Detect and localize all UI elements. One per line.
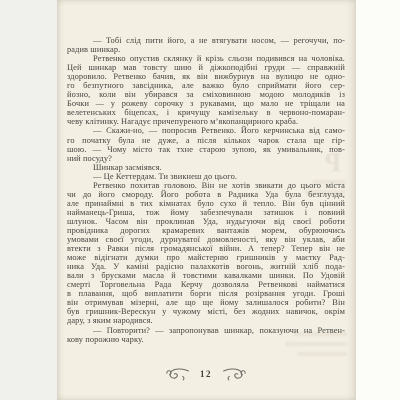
text-line: смерті Торговельна Рада Керчу дозволяла … xyxy=(67,280,345,289)
text-line: ний посуду? xyxy=(67,154,345,163)
paragraph: Шинкар засміявся. xyxy=(67,163,345,172)
text-line: дару, з яким народився. xyxy=(67,316,345,325)
paragraph: Ретвенко похитав головою. Він не хотів з… xyxy=(67,181,345,326)
text-line: був гришник-Верескун у чужому місті, без… xyxy=(67,307,345,316)
text-line: здоровило. Ретвенко бачив, як він вижбур… xyxy=(67,72,345,81)
right-page-edge xyxy=(355,0,400,400)
text-line: в плавання, щоб виплатити борги після ро… xyxy=(67,289,345,298)
text-line: го безпутного завсідника, але важко було… xyxy=(67,81,345,90)
page-footer: 12 xyxy=(57,365,355,383)
text-line: Ретвенко похитав головою. Він не хотів з… xyxy=(67,181,345,190)
text-line: умовами своєї угоди, дурнуватої домовлен… xyxy=(67,235,345,244)
text-line: Шинкар засміявся. xyxy=(67,163,345,172)
text-block: — Тобі слід пити його, а не втягувати но… xyxy=(67,36,345,344)
paragraph: — Повторити? — запропонував шинкар, пока… xyxy=(67,326,345,344)
text-line: кову порожню чарку. xyxy=(67,335,345,344)
text-line: вали з брусками масла й товстими кавалка… xyxy=(67,271,345,280)
text-line: чеву клітинку. Нагадує причепуреного м’я… xyxy=(67,117,345,126)
text-line: велетенських біцепсах, і кричущу камізел… xyxy=(67,108,345,117)
text-line: — Це Кеттердам. Ти звикнеш до цього. xyxy=(67,172,345,181)
text-line: йозно, коли він убирався за сміховинною … xyxy=(67,90,345,99)
text-line: може відігнати думки про майстерню гришн… xyxy=(67,253,345,262)
text-line: — Скажи-но, — попросив Ретвенко. Його ке… xyxy=(67,126,345,135)
text-line: шлунок. Часом він проклинав Уда, нудьгую… xyxy=(67,217,345,226)
text-line: — Повторити? — запропонував шинкар, пока… xyxy=(67,326,345,335)
text-line: ника Уда. У каміні радісно палахкотів во… xyxy=(67,262,345,271)
book-page: Р — Тобі слід пити його, а не втягувати … xyxy=(57,0,355,400)
text-line: втекти з Равки після громадянської війни… xyxy=(67,244,345,253)
text-line: він отримував мізерні, але що ще йому за… xyxy=(67,298,345,307)
text-line: шою. — Чому місто так тхне старою зупою,… xyxy=(67,145,345,154)
text-line: го початку була не дуже, а після кількох… xyxy=(67,136,345,145)
text-line: але принаймні в тих кімнатах було сухо й… xyxy=(67,199,345,208)
text-line: найманець-Гриша, тож йому забезпечували … xyxy=(67,208,345,217)
text-line: Цей шинкар мав товсту шию й діжкоподібні… xyxy=(67,63,345,72)
paragraph: — Скажи-но, — попросив Ретвенко. Його ке… xyxy=(67,126,345,162)
text-line: Ретвенко опустив склянку й крізь сльози … xyxy=(67,54,345,63)
left-gutter xyxy=(0,0,57,400)
page-number: 12 xyxy=(200,369,212,379)
text-line: — Тобі слід пити його, а не втягувати но… xyxy=(67,36,345,45)
text-line: провідника дорогих крамаревих вантажів м… xyxy=(67,226,345,235)
bleedthrough-text xyxy=(297,352,347,356)
text-line: чи до його смороду. Його робота в Радник… xyxy=(67,190,345,199)
paragraph: Ретвенко опустив склянку й крізь сльози … xyxy=(67,54,345,126)
text-line: радив шинкар. xyxy=(67,45,345,54)
flourish-right-icon xyxy=(221,367,247,381)
book-page-scan: Р — Тобі слід пити його, а не втягувати … xyxy=(0,0,400,400)
paragraph: — Це Кеттердам. Ти звикнеш до цього. xyxy=(67,172,345,181)
paragraph: — Тобі слід пити його, а не втягувати но… xyxy=(67,36,345,54)
text-line: Бочки — у рожеву сорочку з рукавами, що … xyxy=(67,99,345,108)
flourish-left-icon xyxy=(165,367,191,381)
